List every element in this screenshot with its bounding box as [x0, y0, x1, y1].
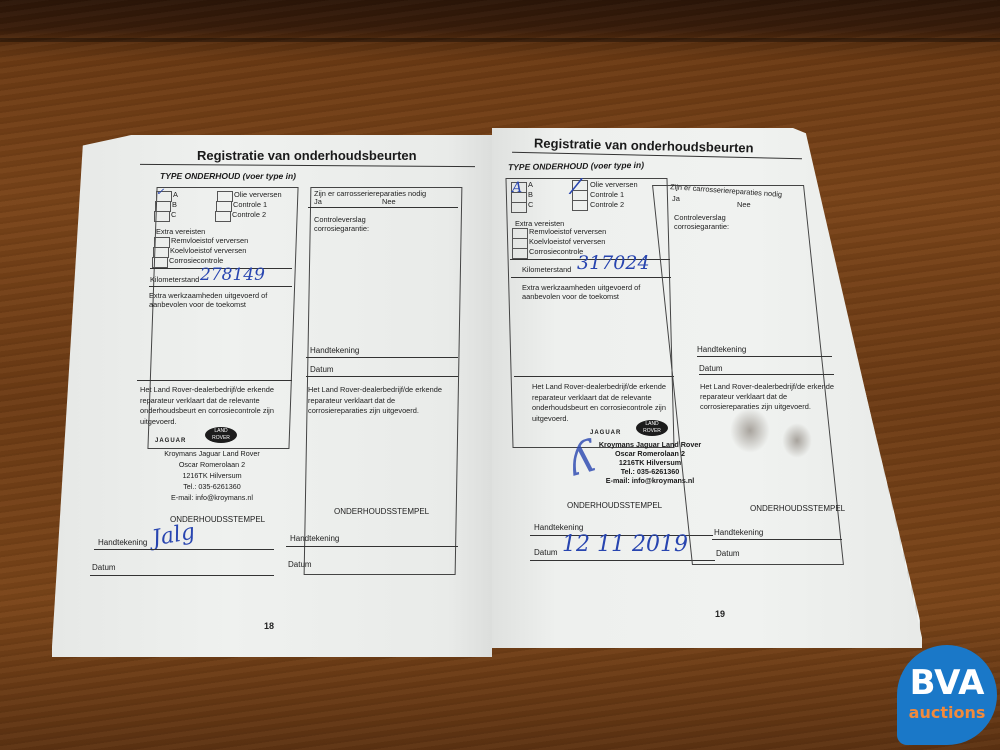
corrosion-box [304, 187, 463, 575]
signature-label: Handtekening [534, 523, 583, 532]
repairs-question: Zijn er carrosseriereparaties nodig [314, 189, 426, 198]
type-c-label: C [171, 210, 176, 219]
brake-fluid-label: Remvloeistof verversen [171, 236, 248, 245]
faded-stamp-2 [782, 423, 812, 458]
repairs-no[interactable]: Nee [382, 197, 396, 206]
corrosion-checkbox[interactable] [512, 248, 528, 259]
check2-checkbox[interactable] [572, 200, 588, 211]
stamp-label: ONDERHOUDSSTEMPEL [567, 501, 662, 510]
corrosion-label: Corrosiecontrole [529, 247, 583, 256]
dealer-stamp: Kroymans Jaguar Land Rover Oscar Romerol… [162, 448, 262, 503]
type-c-checkbox[interactable] [511, 202, 527, 213]
corrosion-signature2-label: Handtekening [290, 534, 339, 543]
extra-requirements-label: Extra vereisten [156, 227, 205, 236]
extra-work-label: Extra werkzaamheden uitgevoerd of aanbev… [149, 291, 289, 309]
corrosion-checkbox[interactable] [152, 257, 168, 268]
extra-work-label: Extra werkzaamheden uitgevoerd of aanbev… [522, 283, 662, 301]
corrosion-date2-label: Datum [716, 549, 740, 558]
corrosion-stamp-label: ONDERHOUDSSTEMPEL [334, 507, 429, 516]
corrosion-date-label: Datum [699, 364, 723, 373]
type-heading: TYPE ONDERHOUD (voer type in) [508, 160, 644, 172]
check1-label: Controle 1 [590, 190, 624, 199]
corrosion-date2-label: Datum [288, 560, 312, 569]
odometer-value: 278149 [200, 265, 265, 285]
corrosion-stamp-label: ONDERHOUDSSTEMPEL [750, 504, 845, 513]
coolant-label: Koelvloeistof verversen [529, 237, 605, 246]
date-value: 12 11 2019 [562, 532, 688, 557]
type-c-label: C [528, 200, 533, 209]
type-b-label: B [172, 200, 177, 209]
dealer-statement: Het Land Rover-dealerbedrijf/de erkende … [140, 385, 285, 427]
oil-change-label: Olie verversen [590, 180, 638, 189]
corrosion-report-label: Controleverslag corrosiegarantie: [674, 213, 754, 231]
faded-stamp [730, 408, 770, 453]
type-a-tick-mark: ✓ [156, 187, 164, 198]
odometer-label: Kilometerstand [150, 275, 199, 284]
repairs-yes[interactable]: Ja [314, 197, 322, 206]
corrosion-date-label: Datum [310, 365, 334, 374]
bva-auctions-watermark: BVA auctions [897, 645, 997, 745]
brake-fluid-label: Remvloeistof verversen [529, 227, 606, 236]
date-label: Datum [92, 563, 116, 572]
date-label: Datum [534, 548, 558, 557]
check1-label: Controle 1 [233, 200, 267, 209]
corrosion-signature-label: Handtekening [697, 345, 746, 354]
table-plank-edge [0, 38, 1000, 42]
land-rover-logo: LAND ROVER [636, 420, 668, 436]
type-a-label: A [528, 180, 533, 189]
page-number: 19 [715, 609, 725, 619]
type-a-label: A [173, 190, 178, 199]
page-title: Registratie van onderhoudsbeurten [197, 148, 417, 163]
check2-label: Controle 2 [232, 210, 266, 219]
corrosion-label: Corrosiecontrole [169, 256, 223, 265]
type-heading: TYPE ONDERHOUD (voer type in) [160, 171, 296, 181]
corrosion-signature2-label: Handtekening [714, 528, 763, 537]
dealer-statement: Het Land Rover-dealerbedrijf/de erkende … [532, 382, 677, 424]
check2-label: Controle 2 [590, 200, 624, 209]
odometer-value: 317024 [577, 252, 650, 274]
corrosion-signature-label: Handtekening [310, 346, 359, 355]
land-rover-logo: LAND ROVER [205, 427, 237, 443]
type-c-checkbox[interactable] [154, 211, 170, 222]
repairs-yes[interactable]: Ja [672, 194, 680, 203]
coolant-label: Koelvloeistof verversen [170, 246, 246, 255]
signature-label: Handtekening [98, 538, 147, 547]
corrosion-statement: Het Land Rover-dealerbedrijf/de erkende … [308, 385, 453, 417]
corrosion-report-label: Controleverslag corrosiegarantie: [314, 215, 394, 233]
jaguar-logo: JAGUAR [590, 430, 621, 436]
signature-ink: Jalg [150, 519, 197, 551]
page-19: Registratie van onderhoudsbeurten TYPE O… [492, 128, 922, 648]
repairs-no[interactable]: Nee [737, 200, 751, 209]
check2-checkbox[interactable] [215, 211, 231, 222]
oil-change-label: Olie verversen [234, 190, 282, 199]
odometer-label: Kilometerstand [522, 265, 571, 274]
page-number: 18 [264, 621, 274, 631]
type-a-ink: A [512, 180, 522, 196]
bva-logo-text: BVA [897, 663, 997, 703]
page-18: Registratie van onderhoudsbeurten TYPE O… [52, 135, 492, 657]
auctions-logo-text: auctions [897, 703, 997, 722]
type-b-label: B [528, 190, 533, 199]
jaguar-logo: JAGUAR [155, 438, 186, 444]
